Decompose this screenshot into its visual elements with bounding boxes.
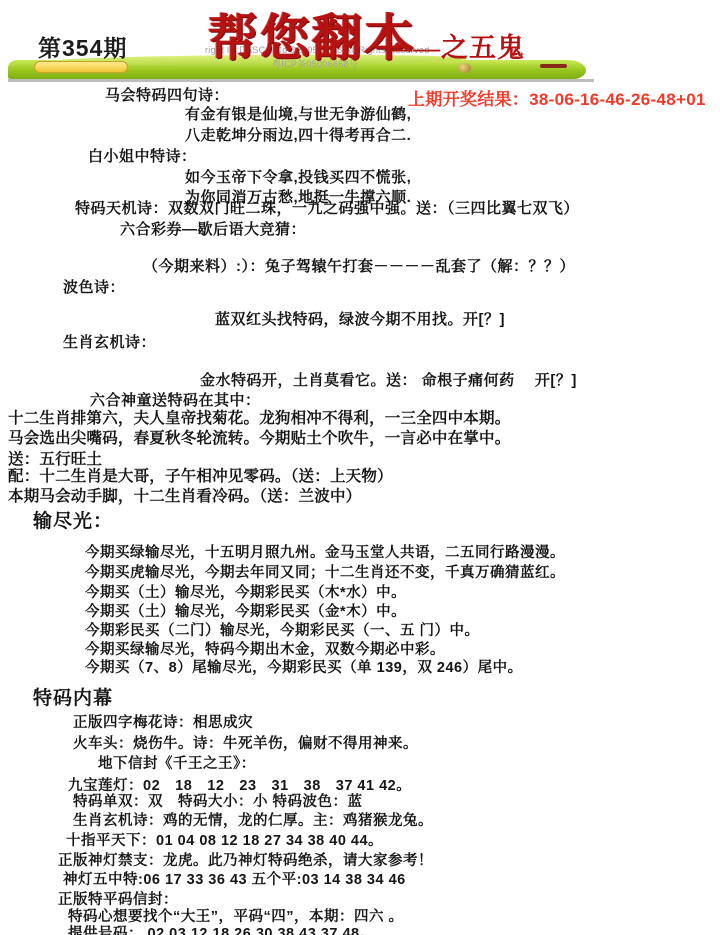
tepingma-numbers: 提供号码： 02 03 12 18 26 30 38 43 37 48。 (68, 922, 375, 935)
shengxiao-line: 金水特码开，土肖莫看它。送： 命根子痛何药 开[？] (200, 369, 577, 390)
white-lady-line: 如今玉帝下令拿,投钱买四不慌张, (185, 166, 411, 187)
neimu-heading: 特码内幕 (33, 683, 113, 710)
shujinguang-line: 今期买绿输尽光，十五明月照九州。金马玉堂人共语，二五同行路漫漫。 (85, 541, 565, 562)
tianji-poem-line: 特码天机诗：双数双门旺二珠，一九之码强中强。送：（三四比翼七双飞） (75, 197, 579, 218)
shengxiao2-line: 生肖玄机诗：鸡的无情，龙的仁厚。主：鸡猪猴龙兔。 (73, 809, 433, 830)
last-draw-label: 上期开奖结果： (408, 90, 529, 109)
shengxiao-heading: 生肖玄机诗： (63, 331, 156, 352)
last-draw-numbers: 38-06-16-46-26-48+01 (529, 90, 706, 109)
shujinguang-line: 今期买虎输尽光，今期去年同又同；十二生肖还不变，千真万确猜蓝红。 (85, 561, 565, 582)
tip-sheet-page: 第354期 right IN DASCO Co &2005-2008 All R… (0, 0, 720, 935)
page-title-suffix: ——之五鬼 (385, 26, 525, 65)
horse-poem-heading: 马会特码四句诗： (105, 84, 229, 105)
danshuang-line: 特码单双：双 特码大小：小 特码波色：蓝 (73, 790, 363, 811)
banner-baseline (8, 79, 594, 82)
xiehouyu-line: （今期来料）:）：兔子驾辕午打套－－－－乱套了（解：？？） (143, 255, 575, 276)
xiehouyu-heading: 六合彩券—歇后语大竞猜： (120, 218, 306, 239)
shujinguang-line: 今期买（7、8）尾输尽光，今期彩民买（单 139，双 246）尾中。 (85, 656, 523, 677)
issue-number: 第354期 (38, 30, 127, 63)
shujinguang-heading: 输尽光： (33, 506, 113, 533)
dixia-xinfeng-line: 地下信封《千王之王》： (98, 752, 256, 773)
shentong-line: 本期马会动手脚，十二生肖看冷码。（送：兰波中） (8, 484, 361, 506)
red-dash-ornament (540, 64, 567, 68)
last-draw-result: 上期开奖结果：38-06-16-46-26-48+01 (408, 85, 706, 110)
bose-line: 蓝双红头找特码，绿波今期不用找。开[？] (215, 308, 505, 329)
shentong-line: 配：十二生肖是大哥，子午相冲见零码。（送：上天物） (8, 464, 393, 486)
shujinguang-line: 今期买（土）输尽光，今期彩民买（金*木）中。 (85, 600, 406, 621)
shentong-line: 马会选出尖嘴码，春夏秋冬轮流转。今期贴土个吹牛，一言必中在掌中。 (8, 426, 510, 448)
horse-poem-line: 八走乾坤分雨边,四十得考再合二. (185, 124, 411, 145)
shujinguang-line: 今期买（土）输尽光，今期彩民买（木*水）中。 (85, 581, 406, 602)
meihua-line: 正版四字梅花诗：相思成灾 (73, 711, 253, 732)
white-lady-heading: 白小姐中特诗： (88, 145, 197, 166)
shujinguang-line: 今期彩民买（二门）输尽光，今期彩民买（一、五 门）中。 (85, 619, 480, 640)
huochetou-line: 火车头：烧伤牛。诗：牛死羊伤，偏财不得用神来。 (73, 732, 418, 753)
shendeng-jin-line: 正版神灯禁支：龙虎。此乃神灯特码绝杀，请大家参考！ (58, 849, 433, 870)
shendeng-wu-line: 神灯五中特:06 17 33 36 43 五个平:03 14 38 34 46 (63, 868, 406, 889)
horse-poem-line: 有金有银是仙境,与世无争游仙鹤, (185, 103, 411, 124)
bose-heading: 波色诗： (63, 276, 125, 297)
shentong-line: 十二生肖排第六，夫人皇帝找菊花。龙狗相冲不得利，一三全四中本期。 (8, 406, 510, 428)
shizhi-numbers: 十指平天下：01 04 08 12 18 27 34 38 40 44。 (66, 829, 383, 850)
